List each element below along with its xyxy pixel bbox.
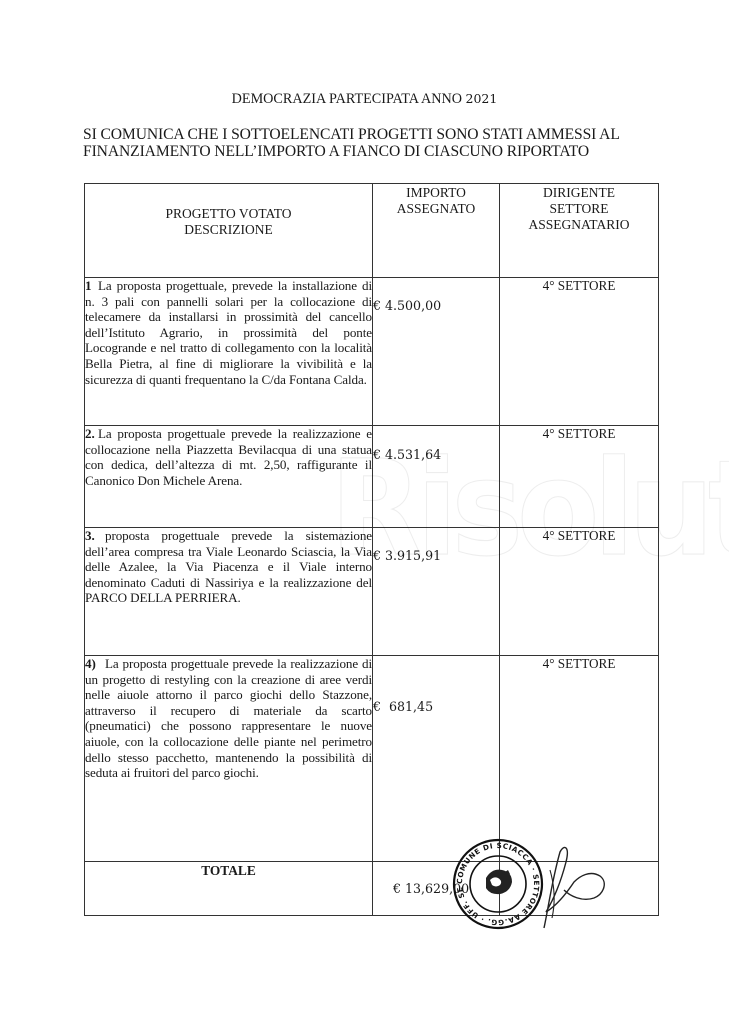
project-sector: 4° SETTORE [500, 528, 659, 656]
title-year: 2021 [466, 91, 498, 106]
project-description: 1La proposta progettuale, prevede la ins… [85, 278, 373, 426]
project-text-content: La proposta progettuale, prevede la inst… [85, 278, 372, 387]
project-number: 3. [85, 528, 105, 544]
header-amount-line-1: IMPORTO [373, 185, 499, 201]
project-number: 2. [85, 426, 98, 442]
table-header-row: PROGETTO VOTATO DESCRIZIONE IMPORTO ASSE… [85, 184, 659, 278]
header-project-line-2: DESCRIZIONE [85, 222, 372, 238]
table-row: 1La proposta progettuale, prevede la ins… [85, 278, 659, 426]
total-label: TOTALE [85, 862, 373, 916]
table-row: 3.proposta progettuale prevede la sistem… [85, 528, 659, 656]
project-amount: € 3.915,91 [373, 528, 500, 656]
header-amount-line-2: ASSEGNATO [373, 201, 499, 217]
header-amount: IMPORTO ASSEGNATO [373, 184, 500, 278]
project-text: La proposta progettuale, prevede la inst… [85, 278, 372, 387]
project-number: 4) [85, 656, 105, 672]
project-sector: 4° SETTORE [500, 278, 659, 426]
header-project: PROGETTO VOTATO DESCRIZIONE [85, 184, 373, 278]
project-text: La proposta progettuale prevede la reali… [85, 656, 372, 780]
header-project-line-1: PROGETTO VOTATO [85, 206, 372, 222]
notice-line-1: SI COMUNICA CHE I SOTTOELENCATI PROGETTI… [83, 126, 673, 143]
header-manager-line-1: DIRIGENTE [500, 185, 658, 201]
title-text: DEMOCRAZIA PARTECIPATA ANNO [232, 91, 462, 107]
signature-icon [530, 840, 610, 935]
document-title: DEMOCRAZIA PARTECIPATA ANNO 2021 [0, 91, 729, 108]
notice-line-2: FINANZIAMENTO NELL’IMPORTO A FIANCO DI C… [83, 143, 673, 160]
notice-text: SI COMUNICA CHE I SOTTOELENCATI PROGETTI… [83, 126, 673, 160]
project-sector: 4° SETTORE [500, 426, 659, 528]
project-description: 4)La proposta progettuale prevede la rea… [85, 656, 373, 862]
projects-table: PROGETTO VOTATO DESCRIZIONE IMPORTO ASSE… [84, 183, 658, 916]
header-manager-line-3: ASSEGNATARIO [500, 217, 658, 233]
project-amount: € 4.500,00 [373, 278, 500, 426]
project-amount: € 4.531,64 [373, 426, 500, 528]
project-description: 3.proposta progettuale prevede la sistem… [85, 528, 373, 656]
table-row: 4)La proposta progettuale prevede la rea… [85, 656, 659, 862]
table-row: 2.La proposta progettuale prevede la rea… [85, 426, 659, 528]
project-number: 1 [85, 278, 98, 294]
project-description: 2.La proposta progettuale prevede la rea… [85, 426, 373, 528]
header-manager-line-2: SETTORE [500, 201, 658, 217]
project-sector: 4° SETTORE [500, 656, 659, 862]
project-text: La proposta progettuale prevede la reali… [85, 426, 372, 488]
project-text: proposta progettuale prevede la sistemaz… [85, 528, 372, 605]
header-manager: DIRIGENTE SETTORE ASSEGNATARIO [500, 184, 659, 278]
project-amount: € 681,45 [373, 656, 500, 862]
